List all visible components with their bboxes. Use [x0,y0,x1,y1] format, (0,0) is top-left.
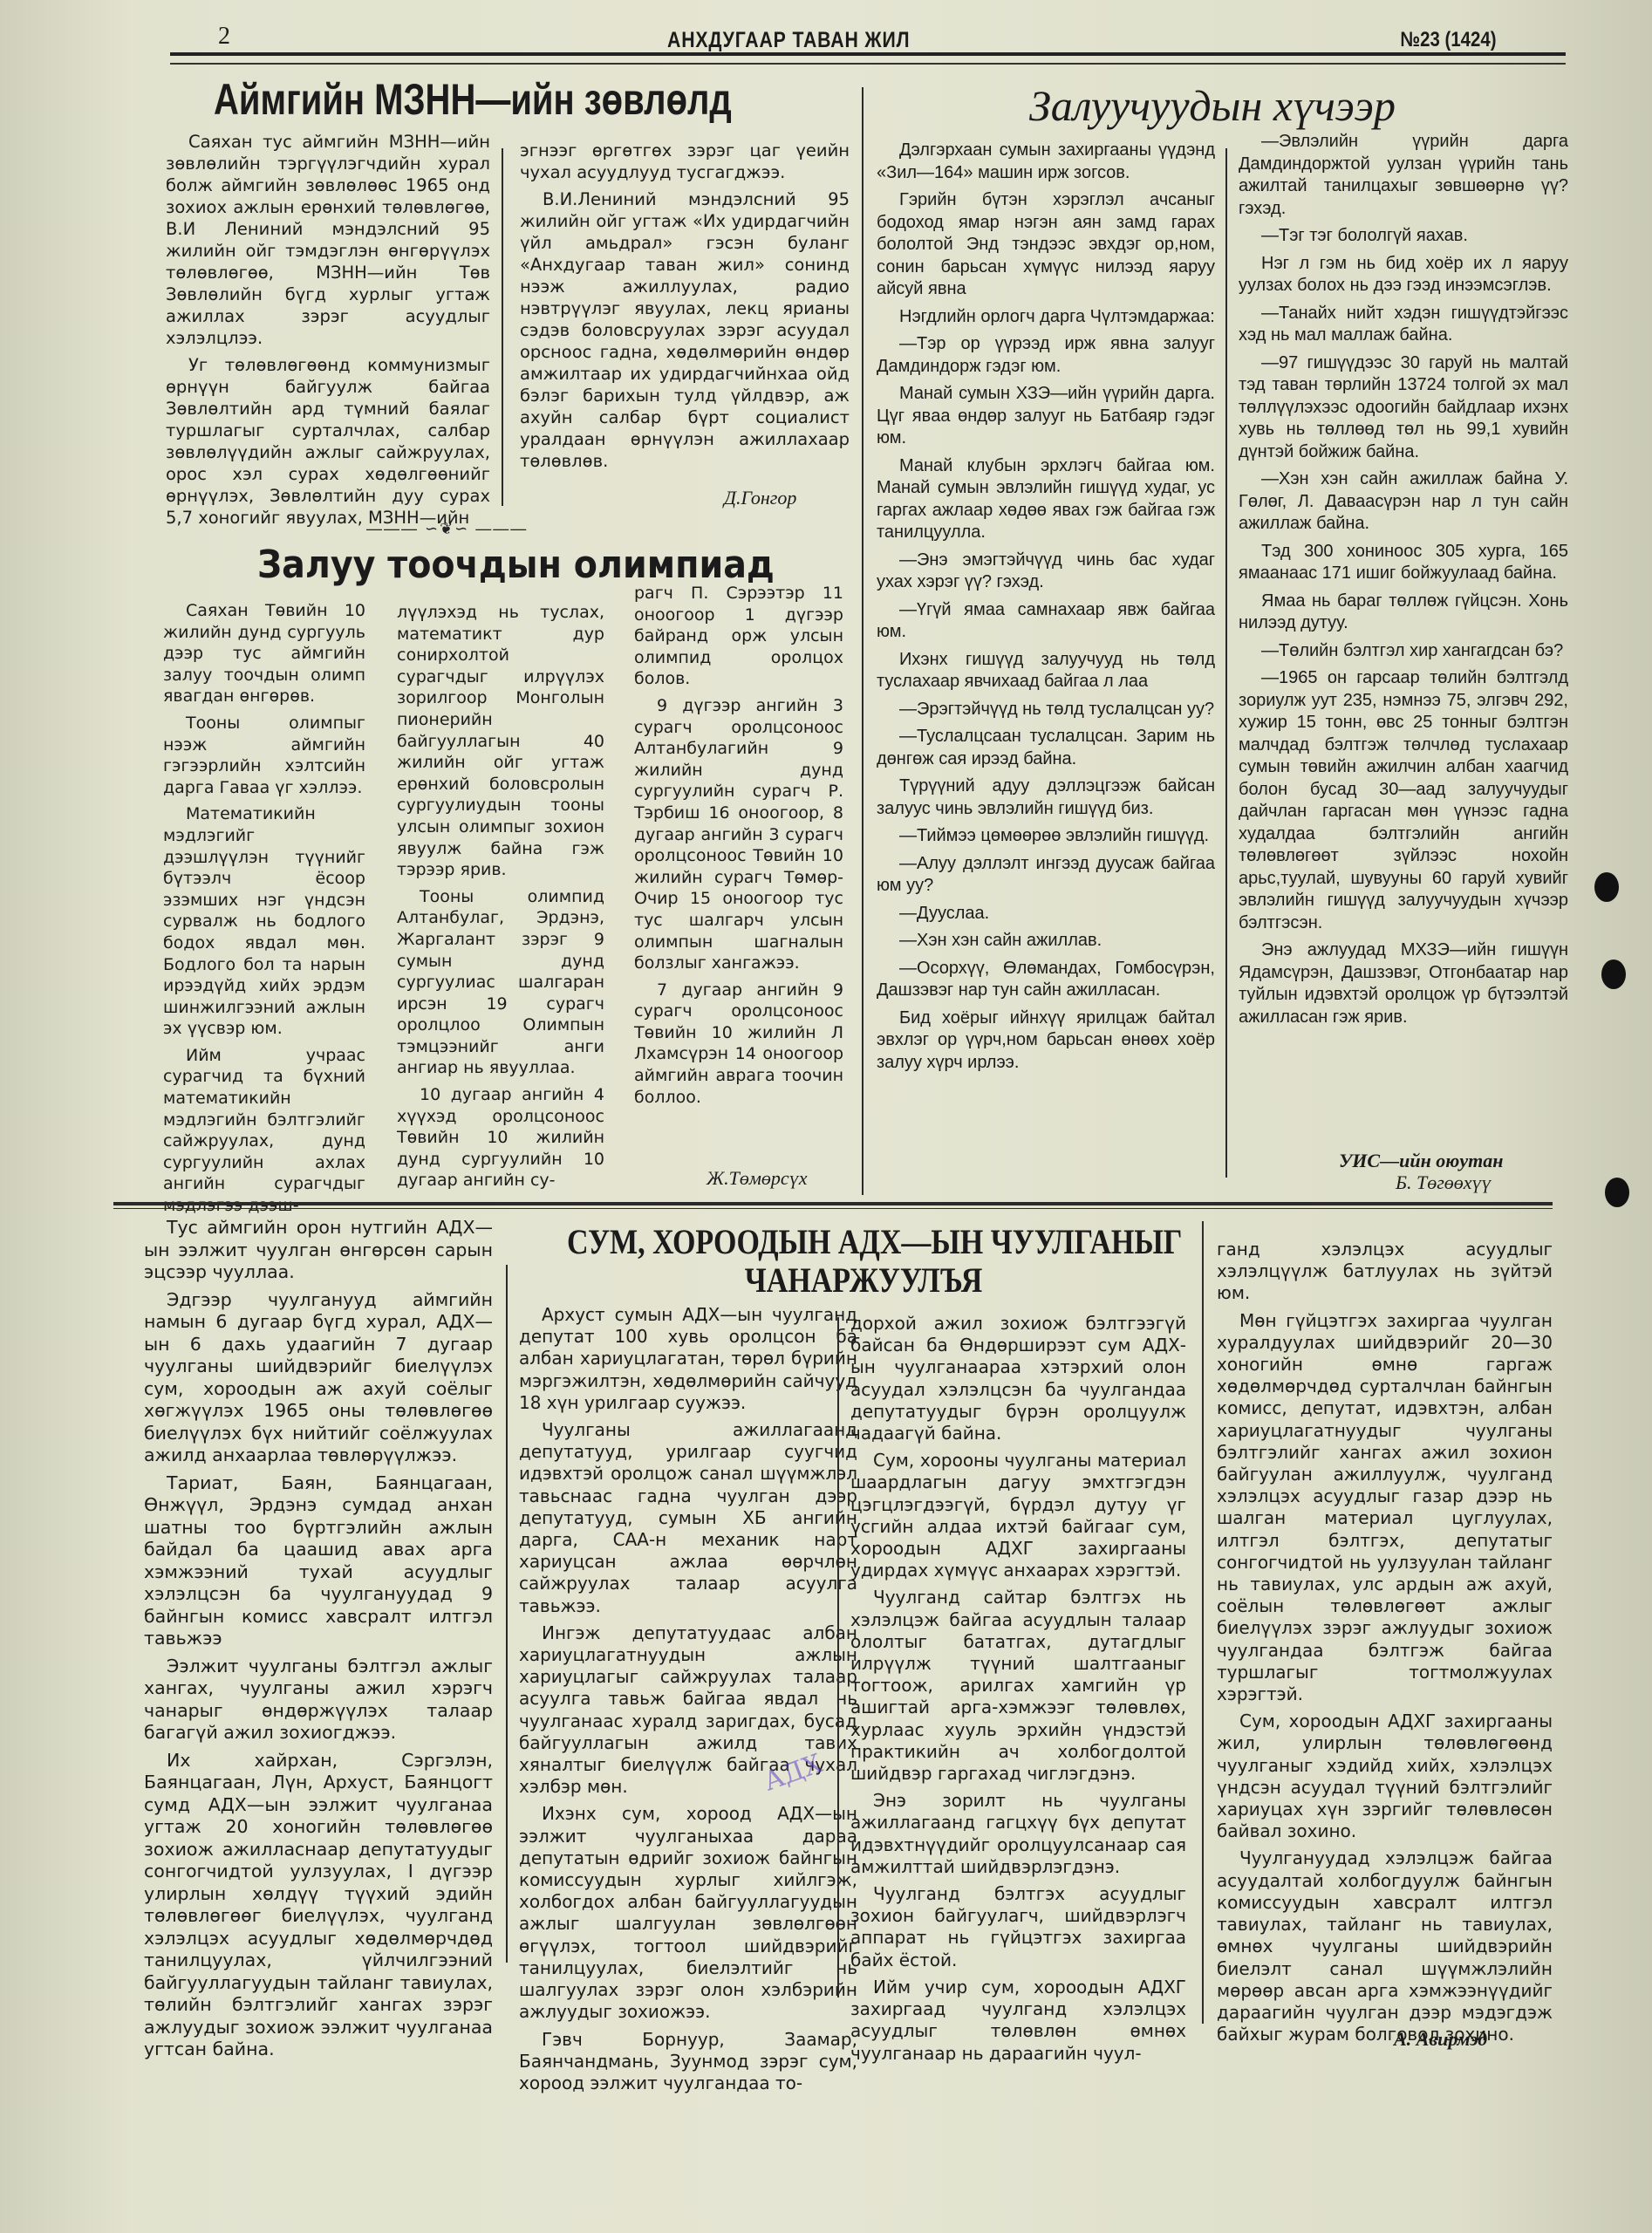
article-zaluuchuud-col2: —Эвлэлийн үүрийн дарга Дамдиндоржтой уул… [1239,131,1568,1034]
article-zaluuchuud-col1: Дэлгэрхаан сумын захиргааны үүдэнд «Зил—… [877,140,1215,1079]
byline-zaluuchuud: Б. Төгөөхүү [1396,1171,1492,1194]
headline-mznn: Аймгийн МЗНН—ийн зөвлөлд [214,74,732,125]
article-olympiad-col1: Саяхан Төвийн 10 жилийн дунд сургууль дэ… [163,600,365,1222]
issue-number: №23 (1424) [1400,28,1496,52]
masthead-rule [170,52,1566,65]
punch-hole [1601,959,1626,989]
column-divider [862,87,864,1195]
byline-affiliation: УИС—ийн оюутан [1339,1150,1503,1172]
column-divider [1202,1221,1204,2024]
byline-adh: А. Авирмэд [1394,2028,1487,2051]
headline-olympiad: Залуу тоочдын олимпиад [257,543,775,587]
article-olympiad-col3: рагч П. Сэрээтэр 11 оноогоор 1 дүгээр ба… [634,583,843,1113]
column-divider [502,148,503,506]
newspaper-title: АНХДУГААР ТАВАН ЖИЛ [667,28,910,53]
article-adh-col2: Архуст сумын АДХ—ын чуулганд депутат 100… [519,1304,857,2100]
section-divider-thin [113,1208,1553,1209]
byline-olympiad: Ж.Төмөрсүх [707,1167,807,1190]
article-mznn-col2: эгнээг өргөтгөх зэрэг цаг үеийн чухал ас… [520,140,850,477]
column-divider [506,1265,508,1963]
page-number: 2 [218,23,230,51]
byline-mznn: Д.Гонгор [724,487,796,509]
headline-zaluuchuud: Залуучуудын хүчээр [1029,80,1396,131]
section-divider [113,1202,1553,1205]
headline-adh: СУМ, ХОРООДЫН АДХ—ЫН ЧУУЛГАНЫГ ЧАНАРЖУУЛ… [567,1223,1160,1300]
article-olympiad-col2: лүүлэхэд нь туслах, математикт дур сонир… [397,602,604,1197]
article-adh-col1: Тус аймгийн орон нутгийн АДХ—ын ээлжит ч… [144,1217,493,2066]
article-mznn-col1: Саяхан тус аймгийн МЗНН—ийн зөвлөлийн тэ… [166,131,490,534]
punch-hole [1605,1178,1629,1207]
column-divider [837,1317,839,1997]
ornament-divider: ——— ∽❦∽ ——— [366,520,528,538]
column-divider [1225,148,1227,1178]
article-adh-col3: дорхой ажил зохиож бэлтгээгүй байсан ба … [850,1313,1186,2070]
punch-hole [1594,872,1619,902]
article-adh-col4: ганд хэлэлцэх асуудлыг хэлэлцүүлж батлуу… [1217,1239,1553,2051]
